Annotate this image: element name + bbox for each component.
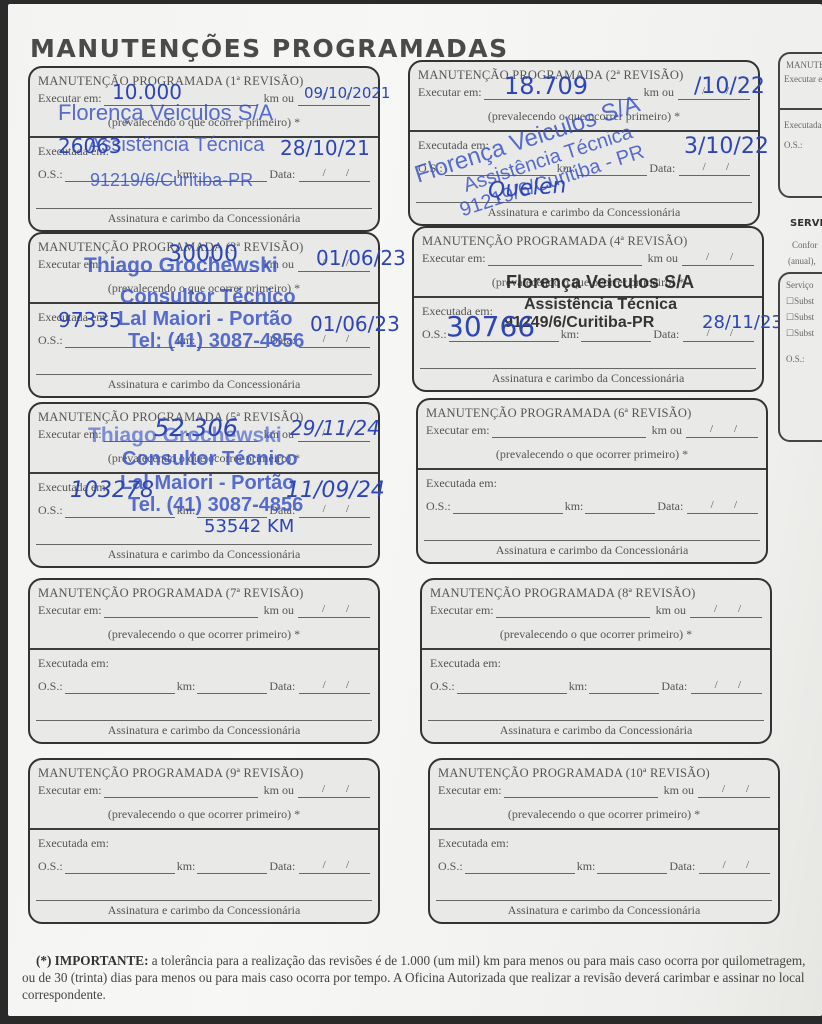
execute-km-field[interactable] — [504, 786, 658, 798]
km-or-label: km ou — [264, 91, 294, 106]
date-label: Data: — [269, 167, 295, 182]
date-label: Data: — [661, 679, 687, 694]
prevailing-note: (prevalecendo o que ocorrer primeiro) * — [30, 627, 378, 642]
execute-row: Executar em: km ou — [38, 603, 370, 618]
os-field[interactable] — [453, 502, 563, 514]
km-or-label: km ou — [652, 423, 682, 438]
date-field[interactable] — [687, 502, 758, 514]
date-label: Data: — [269, 859, 295, 874]
os-field[interactable] — [445, 164, 555, 176]
os-label: O.S.: — [426, 499, 451, 514]
revision-card-3: MANUTENÇÃO PROGRAMADA (3ª REVISÃO) Execu… — [28, 232, 380, 398]
execute-date-field[interactable] — [682, 254, 754, 266]
revision-card-5: MANUTENÇÃO PROGRAMADA (5ª REVISÃO) Execu… — [28, 402, 380, 568]
execute-km-field[interactable] — [104, 430, 258, 442]
km-label: km: — [177, 859, 196, 874]
signature-line[interactable] — [36, 720, 372, 721]
side-service-os: O.S.: — [786, 354, 805, 364]
signature-label: Assinatura e carimbo da Concessionária — [30, 211, 378, 226]
revision-heading: MANUTENÇÃO PROGRAMADA (6ª REVISÃO) — [426, 406, 691, 421]
date-label: Data: — [657, 499, 683, 514]
km-field[interactable] — [197, 506, 267, 518]
signature-label: Assinatura e carimbo da Concessionária — [430, 903, 778, 918]
km-label: km: — [177, 333, 196, 348]
os-field[interactable] — [65, 336, 175, 348]
km-label: km: — [569, 679, 588, 694]
revision-heading: MANUTENÇÃO PROGRAMADA (10ª REVISÃO) — [438, 766, 710, 781]
prevailing-note: (prevalecendo o que ocorrer primeiro) * — [430, 807, 778, 822]
km-field[interactable] — [197, 862, 267, 874]
executed-label: Executada em: — [38, 836, 109, 851]
revision-card-10: MANUTENÇÃO PROGRAMADA (10ª REVISÃO) Exec… — [428, 758, 780, 924]
date-field[interactable] — [679, 164, 750, 176]
os-label: O.S.: — [38, 679, 63, 694]
date-field[interactable] — [299, 506, 370, 518]
side-maintenance-card: MANUTEN Executar e Executada O.S.: — [778, 52, 822, 198]
km-field[interactable] — [197, 682, 267, 694]
os-row: O.S.: km: Data: — [38, 679, 370, 694]
os-field[interactable] — [65, 682, 175, 694]
footnote-bold: (*) IMPORTANTE: — [36, 953, 148, 968]
revision-heading: MANUTENÇÃO PROGRAMADA (7ª REVISÃO) — [38, 586, 303, 601]
signature-line[interactable] — [424, 540, 760, 541]
signature-line[interactable] — [36, 374, 372, 375]
signature-label: Assinatura e carimbo da Concessionária — [30, 903, 378, 918]
date-field[interactable] — [299, 682, 370, 694]
execute-km-field[interactable] — [492, 426, 646, 438]
side-checkbox-2[interactable]: ☐Subst — [786, 312, 814, 323]
signature-label: Assinatura e carimbo da Concessionária — [30, 377, 378, 392]
prevailing-note: (prevalecendo o que ocorrer primeiro) * — [30, 451, 378, 466]
os-row: O.S.: km: Data: — [430, 679, 762, 694]
execute-km-field[interactable] — [104, 260, 258, 272]
revision-heading: MANUTENÇÃO PROGRAMADA (1ª REVISÃO) — [38, 74, 303, 89]
revision-card-2: MANUTENÇÃO PROGRAMADA (2ª REVISÃO) Execu… — [408, 60, 760, 226]
date-label: Data: — [269, 333, 295, 348]
side-card-execute: Executar e — [784, 74, 822, 84]
revision-card-8: MANUTENÇÃO PROGRAMADA (8ª REVISÃO) Execu… — [420, 578, 772, 744]
revision-heading: MANUTENÇÃO PROGRAMADA (9ª REVISÃO) — [38, 766, 303, 781]
execute-date-field[interactable] — [298, 786, 370, 798]
km-label: km: — [177, 167, 196, 182]
execute-row: Executar em: km ou — [418, 85, 750, 100]
os-row: O.S.: km: Data: — [426, 499, 758, 514]
km-or-label: km ou — [656, 603, 686, 618]
signature-label: Assinatura e carimbo da Concessionária — [422, 723, 770, 738]
prevailing-note: (prevalecendo o que ocorrer primeiro) * — [418, 447, 766, 462]
revision-heading: MANUTENÇÃO PROGRAMADA (2ª REVISÃO) — [418, 68, 683, 83]
executed-label: Executada em: — [426, 476, 497, 491]
date-field[interactable] — [699, 862, 770, 874]
os-label: O.S.: — [38, 167, 63, 182]
side-checkbox-1[interactable]: ☐Subst — [786, 296, 814, 307]
execute-km-field[interactable] — [104, 606, 258, 618]
km-field[interactable] — [197, 170, 267, 182]
os-label: O.S.: — [38, 333, 63, 348]
prevailing-note: (prevalecendo o que ocorrer primeiro) * — [414, 275, 762, 290]
prevailing-note: (prevalecendo o que ocorrer primeiro) * — [30, 807, 378, 822]
km-or-label: km ou — [664, 783, 694, 798]
km-or-label: km ou — [264, 257, 294, 272]
os-label: O.S.: — [438, 859, 463, 874]
execute-date-field[interactable] — [690, 606, 762, 618]
execute-row: Executar em: km ou — [38, 427, 370, 442]
execute-label: Executar em: — [38, 603, 102, 618]
execute-km-field[interactable] — [488, 254, 642, 266]
os-row: O.S.: km: Data: — [38, 503, 370, 518]
executed-label: Executada em: — [418, 138, 489, 153]
os-label: O.S.: — [430, 679, 455, 694]
os-field[interactable] — [465, 862, 575, 874]
executed-label: Executada em: — [38, 310, 109, 325]
os-field[interactable] — [65, 506, 175, 518]
km-or-label: km ou — [264, 783, 294, 798]
execute-label: Executar em: — [38, 783, 102, 798]
revision-card-6: MANUTENÇÃO PROGRAMADA (6ª REVISÃO) Execu… — [416, 398, 768, 564]
side-section-title: SERVIÇ — [790, 218, 822, 229]
side-card-executed: Executada — [784, 120, 821, 130]
signature-label: Assinatura e carimbo da Concessionária — [414, 371, 762, 386]
km-field[interactable] — [589, 682, 659, 694]
side-section-text-1: Confor — [792, 240, 818, 250]
revision-card-7: MANUTENÇÃO PROGRAMADA (7ª REVISÃO) Execu… — [28, 578, 380, 744]
side-section-text-2: (anual), — [788, 256, 816, 266]
km-field[interactable] — [577, 164, 647, 176]
km-or-label: km ou — [648, 251, 678, 266]
date-field[interactable] — [299, 170, 370, 182]
execute-row: Executar em: km ou — [426, 423, 758, 438]
execute-label: Executar em: — [426, 423, 490, 438]
km-field[interactable] — [597, 862, 667, 874]
signature-line[interactable] — [420, 368, 756, 369]
execute-km-field[interactable] — [104, 786, 258, 798]
execute-row: Executar em: km ou — [438, 783, 770, 798]
revision-heading: MANUTENÇÃO PROGRAMADA (8ª REVISÃO) — [430, 586, 695, 601]
km-label: km: — [565, 499, 584, 514]
execute-row: Executar em: km ou — [430, 603, 762, 618]
os-label: O.S.: — [38, 859, 63, 874]
execute-label: Executar em: — [438, 783, 502, 798]
execute-label: Executar em: — [38, 427, 102, 442]
execute-row: Executar em: km ou — [38, 91, 370, 106]
revision-heading: MANUTENÇÃO PROGRAMADA (5ª REVISÃO) — [38, 410, 303, 425]
revision-card-1: MANUTENÇÃO PROGRAMADA (1ª REVISÃO) Execu… — [28, 66, 380, 232]
execute-date-field[interactable] — [298, 606, 370, 618]
date-field[interactable] — [299, 862, 370, 874]
date-field[interactable] — [299, 336, 370, 348]
execute-date-field[interactable] — [298, 260, 370, 272]
date-label: Data: — [649, 161, 675, 176]
prevailing-note: (prevalecendo o que ocorrer primeiro) * — [422, 627, 770, 642]
signature-label: Assinatura e carimbo da Concessionária — [418, 543, 766, 558]
date-label: Data: — [269, 503, 295, 518]
km-field[interactable] — [585, 502, 655, 514]
km-label: km: — [577, 859, 596, 874]
side-service-label: Serviço — [786, 280, 814, 290]
executed-label: Executada em: — [38, 656, 109, 671]
execute-date-field[interactable] — [298, 94, 370, 106]
side-card-heading: MANUTEN — [786, 60, 822, 70]
os-field[interactable] — [457, 682, 567, 694]
execute-date-field[interactable] — [686, 426, 758, 438]
execute-label: Executar em: — [418, 85, 482, 100]
os-label: O.S.: — [38, 503, 63, 518]
km-or-label: km ou — [644, 85, 674, 100]
execute-label: Executar em: — [38, 257, 102, 272]
page-title: MANUTENÇÕES PROGRAMADAS — [30, 34, 509, 63]
side-card-os: O.S.: — [784, 140, 803, 150]
execute-km-field[interactable] — [496, 606, 650, 618]
os-field[interactable] — [449, 330, 559, 342]
signature-line[interactable] — [436, 900, 772, 901]
execute-label: Executar em: — [430, 603, 494, 618]
date-label: Data: — [669, 859, 695, 874]
signature-line[interactable] — [416, 202, 752, 203]
executed-label: Executada em: — [422, 304, 493, 319]
side-checkbox-3[interactable]: ☐Subst — [786, 328, 814, 339]
os-row: O.S.: km: Data: — [38, 333, 370, 348]
km-label: km: — [557, 161, 576, 176]
executed-label: Executada em: — [38, 480, 109, 495]
km-label: km: — [177, 503, 196, 518]
signature-label: Assinatura e carimbo da Concessionária — [30, 723, 378, 738]
signature-line[interactable] — [36, 900, 372, 901]
footnote: (*) IMPORTANTE: a tolerância para a real… — [22, 952, 812, 1003]
km-label: km: — [177, 679, 196, 694]
execute-label: Executar em: — [38, 91, 102, 106]
date-field[interactable] — [691, 682, 762, 694]
executed-label: Executada em: — [430, 656, 501, 671]
revision-heading: MANUTENÇÃO PROGRAMADA (3ª REVISÃO) — [38, 240, 303, 255]
revision-heading: MANUTENÇÃO PROGRAMADA (4ª REVISÃO) — [422, 234, 687, 249]
execute-row: Executar em: km ou — [422, 251, 754, 266]
os-field[interactable] — [65, 862, 175, 874]
signature-line[interactable] — [36, 544, 372, 545]
signature-line[interactable] — [36, 208, 372, 209]
km-field[interactable] — [581, 330, 651, 342]
km-or-label: km ou — [264, 603, 294, 618]
execute-label: Executar em: — [422, 251, 486, 266]
execute-date-field[interactable] — [298, 430, 370, 442]
km-field[interactable] — [197, 336, 267, 348]
execute-row: Executar em: km ou — [38, 257, 370, 272]
executed-label: Executada em: — [38, 144, 109, 159]
prevailing-note: (prevalecendo o que ocorrer primeiro) * — [30, 115, 378, 130]
side-service-card: Serviço ☐Subst ☐Subst ☐Subst O.S.: — [778, 272, 822, 442]
date-field[interactable] — [683, 330, 754, 342]
execute-km-field[interactable] — [104, 94, 258, 106]
prevailing-note: (prevalecendo o que ocorrer primeiro) * — [30, 281, 378, 296]
execute-km-field[interactable] — [484, 88, 638, 100]
execute-date-field[interactable] — [678, 88, 750, 100]
signature-line[interactable] — [428, 720, 764, 721]
execute-row: Executar em: km ou — [38, 783, 370, 798]
os-label: O.S.: — [418, 161, 443, 176]
os-row: O.S.: km: Data: — [38, 167, 370, 182]
revision-card-9: MANUTENÇÃO PROGRAMADA (9ª REVISÃO) Execu… — [28, 758, 380, 924]
km-or-label: km ou — [264, 427, 294, 442]
os-label: O.S.: — [422, 327, 447, 342]
signature-label: Assinatura e carimbo da Concessionária — [410, 205, 758, 220]
os-row: O.S.: km: Data: — [38, 859, 370, 874]
date-label: Data: — [653, 327, 679, 342]
execute-date-field[interactable] — [698, 786, 770, 798]
km-label: km: — [561, 327, 580, 342]
executed-label: Executada em: — [438, 836, 509, 851]
revision-card-4: MANUTENÇÃO PROGRAMADA (4ª REVISÃO) Execu… — [412, 226, 764, 392]
signature-label: Assinatura e carimbo da Concessionária — [30, 547, 378, 562]
os-field[interactable] — [65, 170, 175, 182]
os-row: O.S.: km: Data: — [438, 859, 770, 874]
os-row: O.S.: km: Data: — [418, 161, 750, 176]
prevailing-note: (prevalecendo o que ocorrer primeiro) * — [410, 109, 758, 124]
os-row: O.S.: km: Data: — [422, 327, 754, 342]
date-label: Data: — [269, 679, 295, 694]
